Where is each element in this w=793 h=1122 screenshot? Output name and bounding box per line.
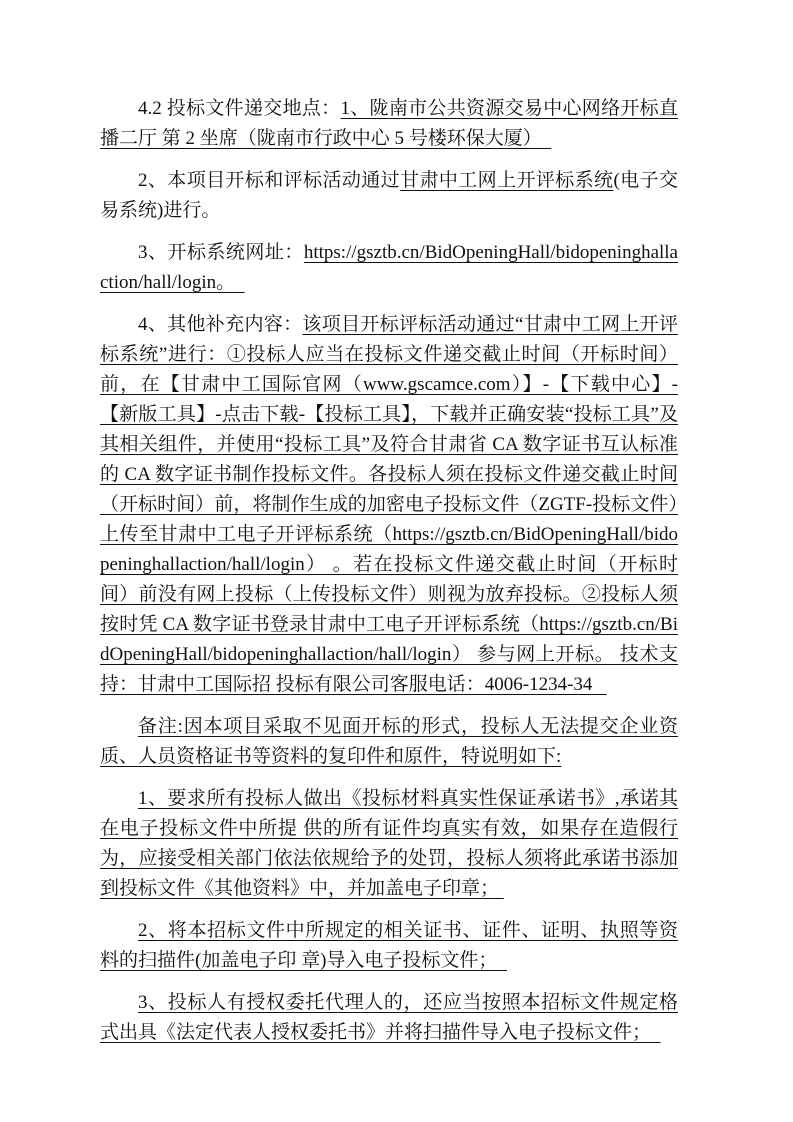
paragraph: 3、投标人有授权委托代理人的，还应当按照本招标文件规定格式出具《法定代表人授权委… (100, 988, 678, 1048)
paragraph: 2、将本招标文件中所规定的相关证书、证件、证明、执照等资料的扫描件(加盖电子印 … (100, 916, 678, 976)
paragraph: 4、其他补充内容：该项目开标评标活动通过“甘肃中工网上开评标系统”进行：①投标人… (100, 310, 678, 700)
underlined-text-run: 3、投标人有授权委托代理人的，还应当按照本招标文件规定格式出具《法定代表人授权委… (100, 992, 678, 1043)
paragraph: 1、要求所有投标人做出《投标材料真实性保证承诺书》,承诺其在电子投标文件中所提 … (100, 784, 678, 904)
underlined-text-run: 该项目开标评标活动通过“甘肃中工网上开评标系统”进行：①投标人应当在投标文件递交… (100, 314, 678, 695)
paragraph: 2、本项目开标和评标活动通过甘肃中工网上开评标系统(电子交易系统)进行。 (100, 166, 678, 226)
text-run: 4.2 投标文件递交地点： (138, 98, 340, 119)
paragraph: 3、开标系统网址：https://gsztb.cn/BidOpeningHall… (100, 238, 678, 298)
document-page: 4.2 投标文件递交地点：1、陇南市公共资源交易中心网络开标直播二厅 第 2 坐… (0, 0, 793, 1122)
underlined-text-run: 1、要求所有投标人做出《投标材料真实性保证承诺书》,承诺其在电子投标文件中所提 … (100, 788, 678, 899)
underlined-text-run: 备注:因本项目采取不见面开标的形式，投标人无法提交企业资质、人员资格证书等资料的… (100, 716, 678, 767)
text-run: 2、本项目开标和评标活动通过 (138, 170, 400, 191)
underlined-text-run: 甘肃中工网上开评标系统 (400, 170, 613, 191)
text-run: 3、开标系统网址： (138, 242, 304, 263)
underlined-text-run: 2、将本招标文件中所规定的相关证书、证件、证明、执照等资料的扫描件(加盖电子印 … (100, 920, 678, 971)
paragraph: 备注:因本项目采取不见面开标的形式，投标人无法提交企业资质、人员资格证书等资料的… (100, 712, 678, 772)
paragraph: 4.2 投标文件递交地点：1、陇南市公共资源交易中心网络开标直播二厅 第 2 坐… (100, 94, 678, 154)
text-run: 4、其他补充内容： (138, 314, 302, 335)
document-body: 4.2 投标文件递交地点：1、陇南市公共资源交易中心网络开标直播二厅 第 2 坐… (100, 94, 678, 1060)
